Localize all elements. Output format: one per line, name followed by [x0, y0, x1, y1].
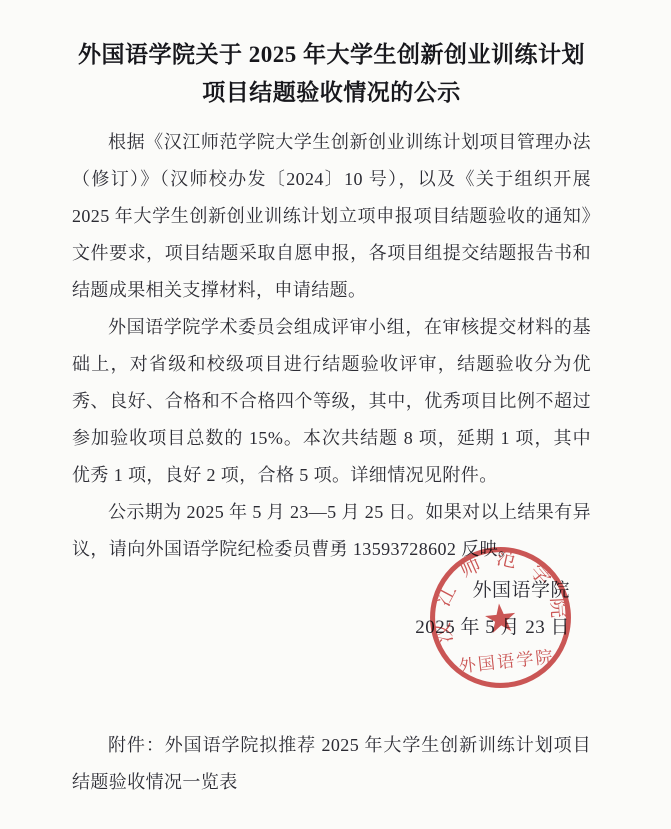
signature-date: 2025 年 5 月 23 日: [415, 609, 570, 646]
document-content: 外国语学院关于 2025 年大学生创新创业训练计划 项目结题验收情况的公示 根据…: [0, 0, 671, 568]
document-page: 外国语学院关于 2025 年大学生创新创业训练计划 项目结题验收情况的公示 根据…: [0, 0, 671, 829]
body-paragraph-publicity-period: 公示期为 2025 年 5 月 23—5 月 25 日。如果对以上结果有异议，请…: [72, 494, 591, 568]
document-body: 根据《汉江师范学院大学生创新创业训练计划项目管理办法（修订）》（汉师校办发〔20…: [72, 124, 591, 568]
signature-block: 外国语学院 2025 年 5 月 23 日: [415, 572, 570, 646]
attachment-note: 附件：外国语学院拟推荐 2025 年大学生创新训练计划项目结题验收情况一览表: [72, 727, 591, 801]
signature-organization: 外国语学院: [415, 572, 570, 609]
document-title: 外国语学院关于 2025 年大学生创新创业训练计划 项目结题验收情况的公示: [72, 36, 591, 112]
body-paragraph-basis: 根据《汉江师范学院大学生创新创业训练计划项目管理办法（修订）》（汉师校办发〔20…: [72, 124, 591, 309]
body-paragraph-review-results: 外国语学院学术委员会组成评审小组，在审核提交材料的基础上，对省级和校级项目进行结…: [72, 309, 591, 494]
document-title-line2: 项目结题验收情况的公示: [72, 74, 591, 112]
seal-bottom-text: 外国语学院: [458, 647, 556, 676]
document-title-line1: 外国语学院关于 2025 年大学生创新创业训练计划: [72, 36, 591, 74]
